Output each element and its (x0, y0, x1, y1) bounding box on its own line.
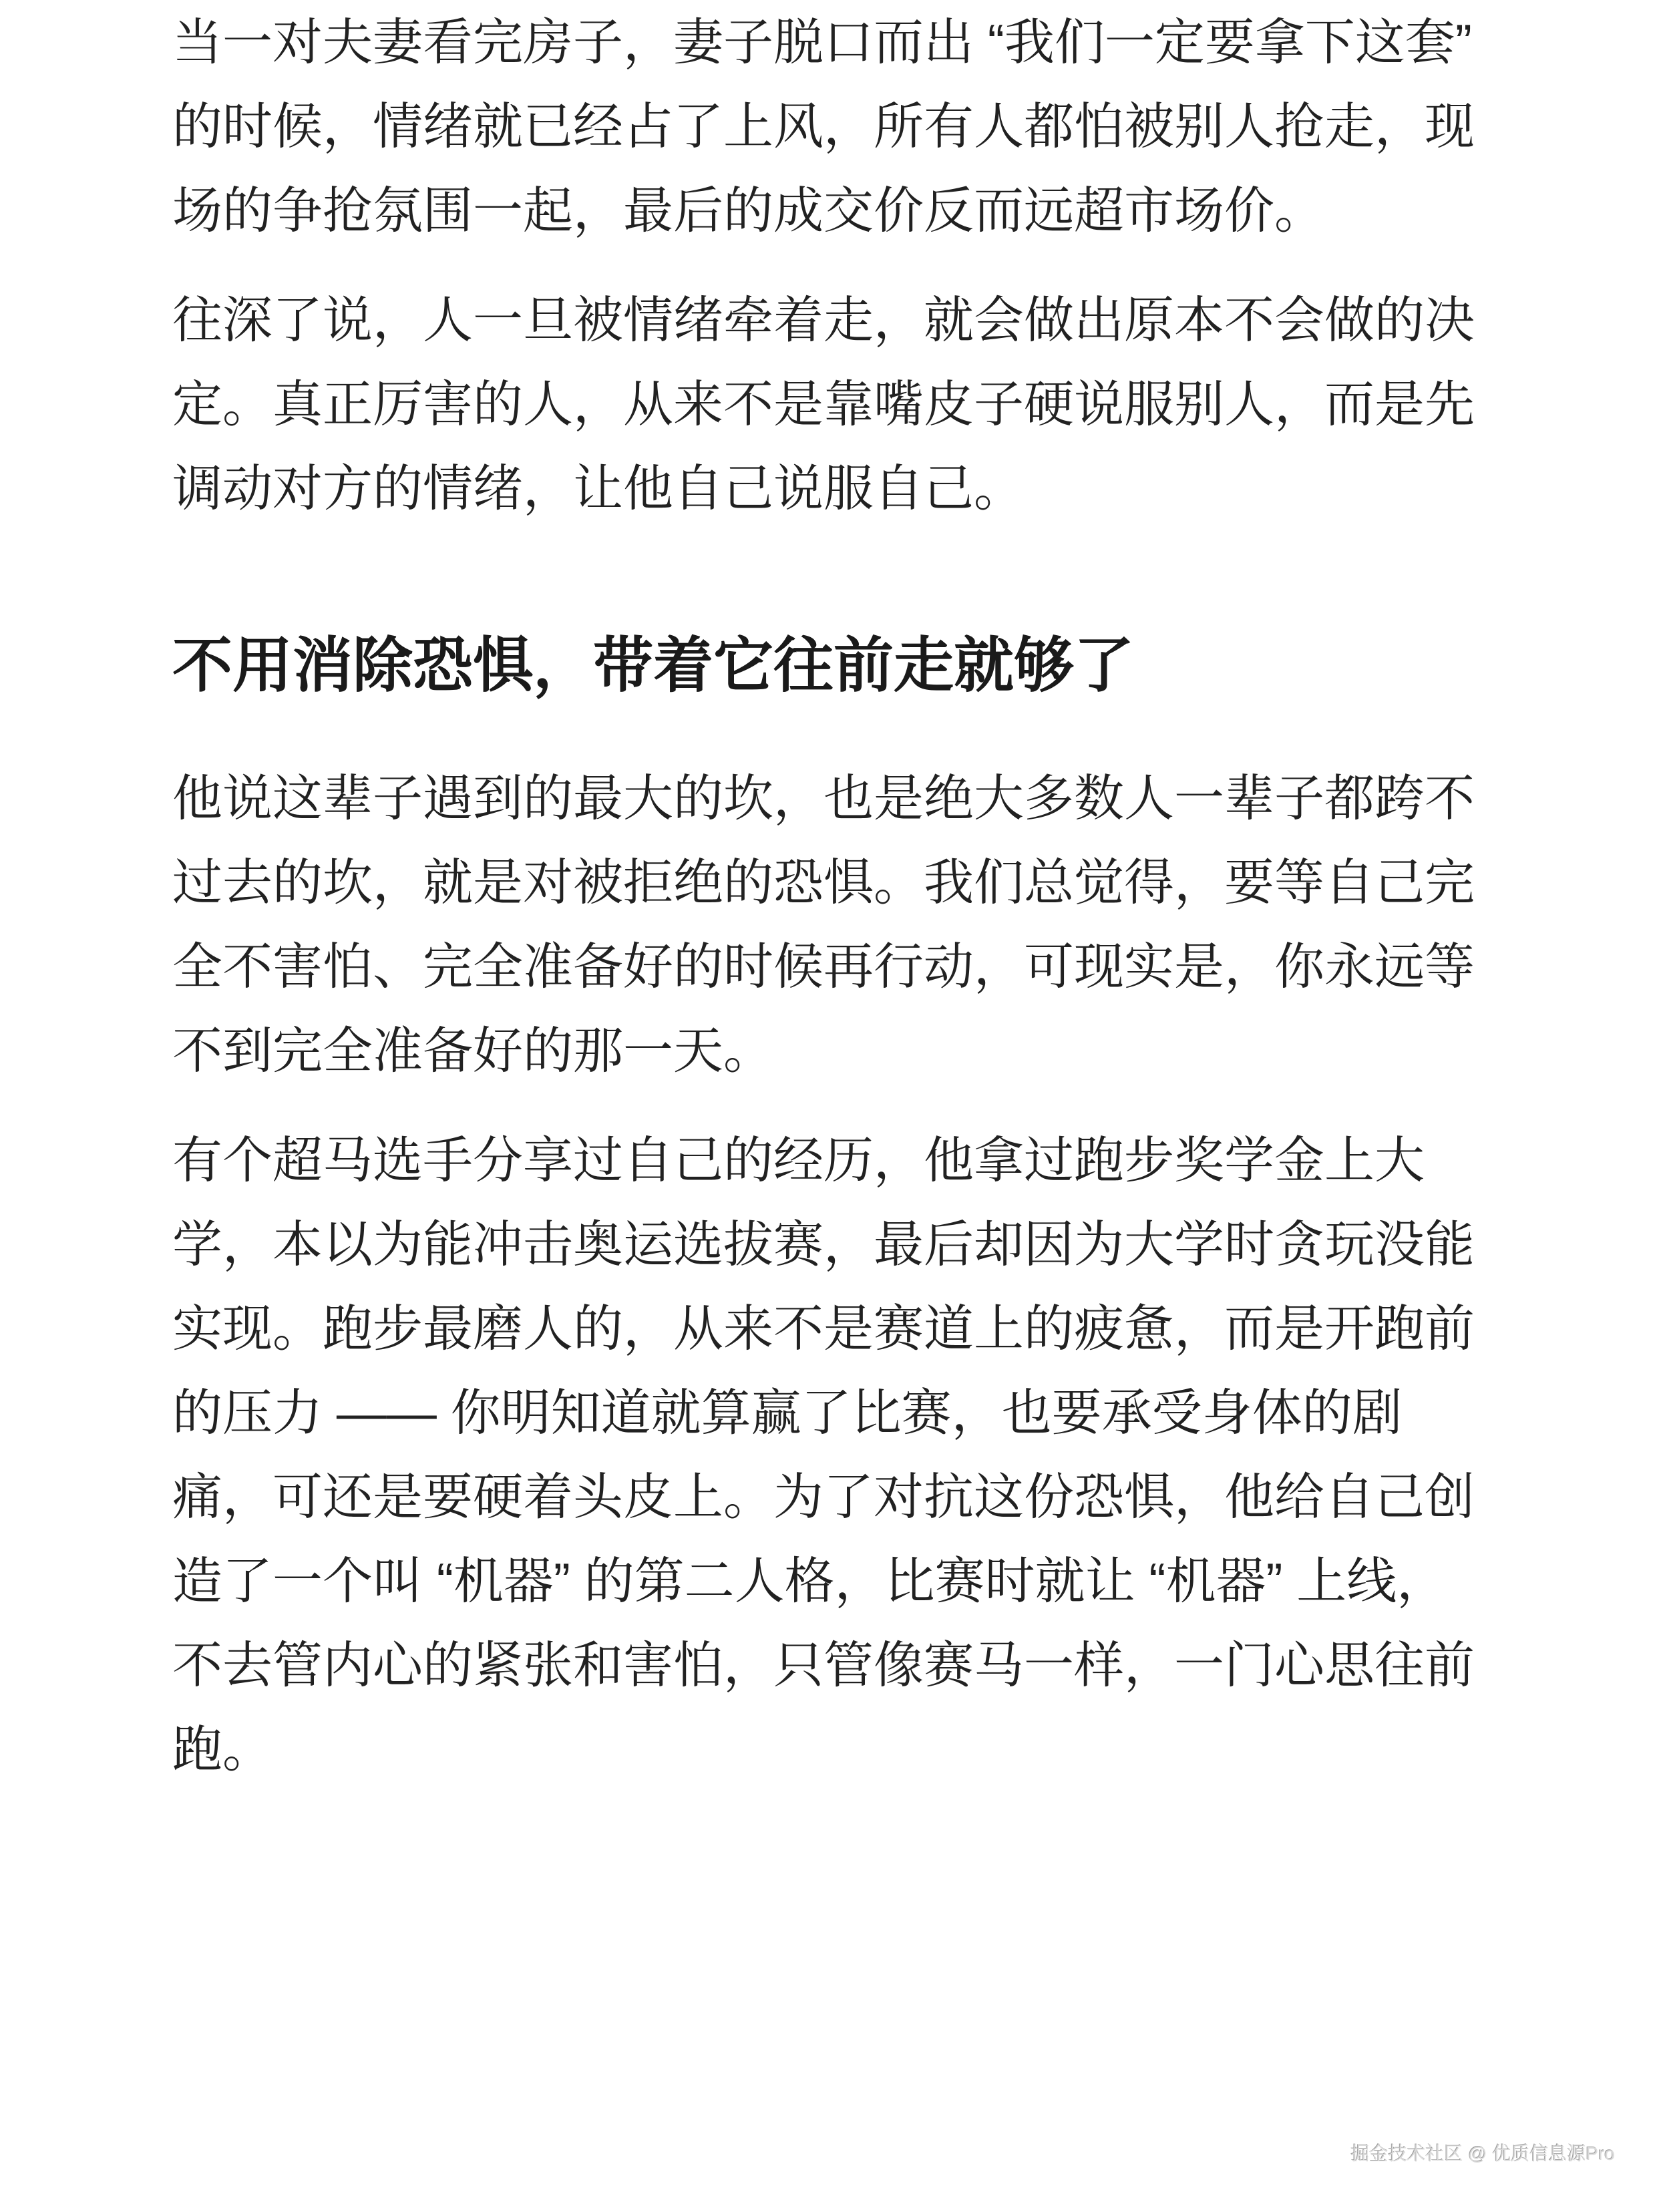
paragraph: 他说这辈子遇到的最大的坎，也是绝大多数人一辈子都跨不过去的坎，就是对被拒绝的恐惧… (172, 756, 1495, 1093)
paragraph: 当一对夫妻看完房子，妻子脱口而出 “我们一定要拿下这套” 的时候，情绪就已经占了… (172, 0, 1495, 252)
watermark: 掘金技术社区 @ 优质信息源Pro (1350, 2143, 1615, 2165)
paragraph: 往深了说，人一旦被情绪牵着走，就会做出原本不会做的决定。真正厉害的人，从来不是靠… (172, 278, 1495, 530)
article-body: 当一对夫妻看完房子，妻子脱口而出 “我们一定要拿下这套” 的时候，情绪就已经占了… (0, 0, 1659, 1791)
paragraph: 有个超马选手分享过自己的经历，他拿过跑步奖学金上大学，本以为能冲击奥运选拔赛，最… (172, 1118, 1495, 1791)
section-heading: 不用消除恐惧，带着它往前走就够了 (172, 624, 1495, 708)
